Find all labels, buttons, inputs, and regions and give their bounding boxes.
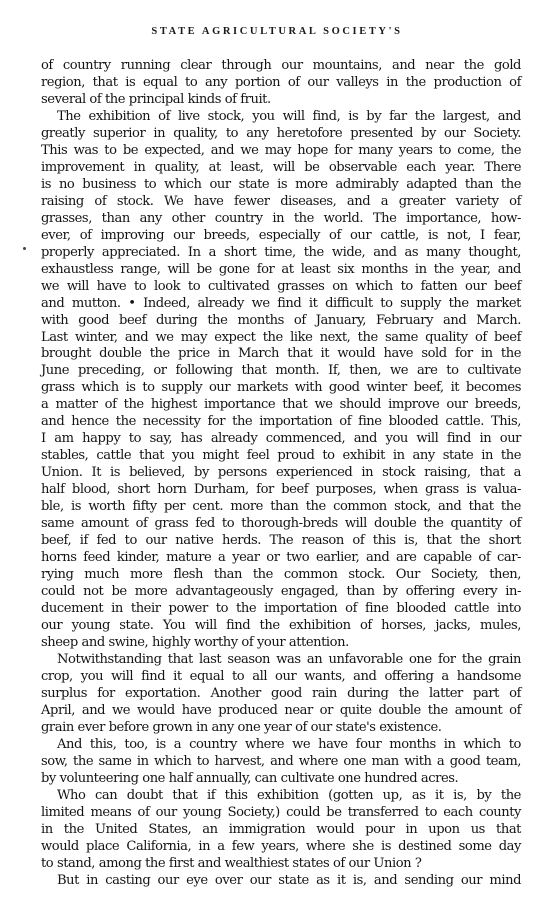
text-line: region, that is equal to any portion of …	[41, 75, 521, 92]
body-text: of country running clear through our mou…	[41, 58, 521, 889]
text-line: beef, if fed to our native herds. The re…	[41, 533, 521, 550]
text-line: is no business to which our state is mor…	[41, 177, 521, 194]
text-line: This was to be expected, and we may hope…	[41, 143, 521, 160]
text-line: crop, you will find it equal to all our …	[41, 669, 521, 686]
text-line: half blood, short horn Durham, for beef …	[41, 482, 521, 499]
text-line: improvement in quality, at least, will b…	[41, 160, 521, 177]
text-line: horns feed kinder, mature a year or two …	[41, 550, 521, 567]
text-line: a matter of the highest importance that …	[41, 397, 521, 414]
text-line: brought double the price in March that i…	[41, 346, 521, 363]
text-line: And this, too, is a country where we hav…	[41, 737, 521, 754]
text-line: same amount of grass fed to thorough-bre…	[41, 516, 521, 533]
text-line: properly appreciated. In a short time, t…	[41, 245, 521, 262]
text-line: by volunteering one half annually, can c…	[41, 771, 521, 788]
text-line: stables, cattle that you might feel prou…	[41, 448, 521, 465]
text-line: rying much more flesh than the common st…	[41, 567, 521, 584]
text-line: Union. It is believed, by persons experi…	[41, 465, 521, 482]
text-line: April, and we would have produced near o…	[41, 703, 521, 720]
text-line: June preceding, or following that month.…	[41, 363, 521, 380]
text-line: ble, is worth fifty per cent. more than …	[41, 499, 521, 516]
text-line: could not be more advantageously engaged…	[41, 584, 521, 601]
text-line: sheep and swine, highly worthy of your a…	[41, 635, 521, 652]
text-line: we will have to look to cultivated grass…	[41, 279, 521, 296]
text-line: exhaustless range, will be gone for at l…	[41, 262, 521, 279]
text-line: grain ever before grown in any one year …	[41, 720, 521, 737]
scanned-book-page: STATE AGRICULTURAL SOCIETY'S of country …	[0, 0, 554, 907]
text-line: to stand, among the first and wealthiest…	[41, 856, 521, 873]
text-line: grasses, than any other country in the w…	[41, 211, 521, 228]
text-line: several of the principal kinds of fruit.	[41, 92, 521, 109]
text-line: ever, of improving our breeds, especiall…	[41, 228, 521, 245]
text-line: with good beef during the months of Janu…	[41, 313, 521, 330]
text-line: But in casting our eye over our state as…	[41, 873, 521, 890]
text-line: raising of stock. We have fewer diseases…	[41, 194, 521, 211]
text-line: of country running clear through our mou…	[41, 58, 521, 75]
running-header: STATE AGRICULTURAL SOCIETY'S	[0, 26, 554, 37]
margin-dot-mark	[23, 247, 26, 250]
text-line: sow, the same in which to harvest, and w…	[41, 754, 521, 771]
text-line: ducement in their power to the importati…	[41, 601, 521, 618]
text-line: limited means of our young Society,) cou…	[41, 805, 521, 822]
text-line: Who can doubt that if this exhibition (g…	[41, 788, 521, 805]
text-line: greatly superior in quality, to any here…	[41, 126, 521, 143]
text-line: and mutton. • Indeed, already we find it…	[41, 296, 521, 313]
text-line: grass which is to supply our markets wit…	[41, 380, 521, 397]
text-line: Last winter, and we may expect the like …	[41, 330, 521, 347]
text-line: our young state. You will find the exhib…	[41, 618, 521, 635]
text-line: surplus for exportation. Another good ra…	[41, 686, 521, 703]
text-line: would place California, in a few years, …	[41, 839, 521, 856]
text-line: Notwithstanding that last season was an …	[41, 652, 521, 669]
text-line: The exhibition of live stock, you will f…	[41, 109, 521, 126]
text-line: and hence the necessity for the importat…	[41, 414, 521, 431]
text-line: I am happy to say, has already commenced…	[41, 431, 521, 448]
text-line: in the United States, an immigration wou…	[41, 822, 521, 839]
